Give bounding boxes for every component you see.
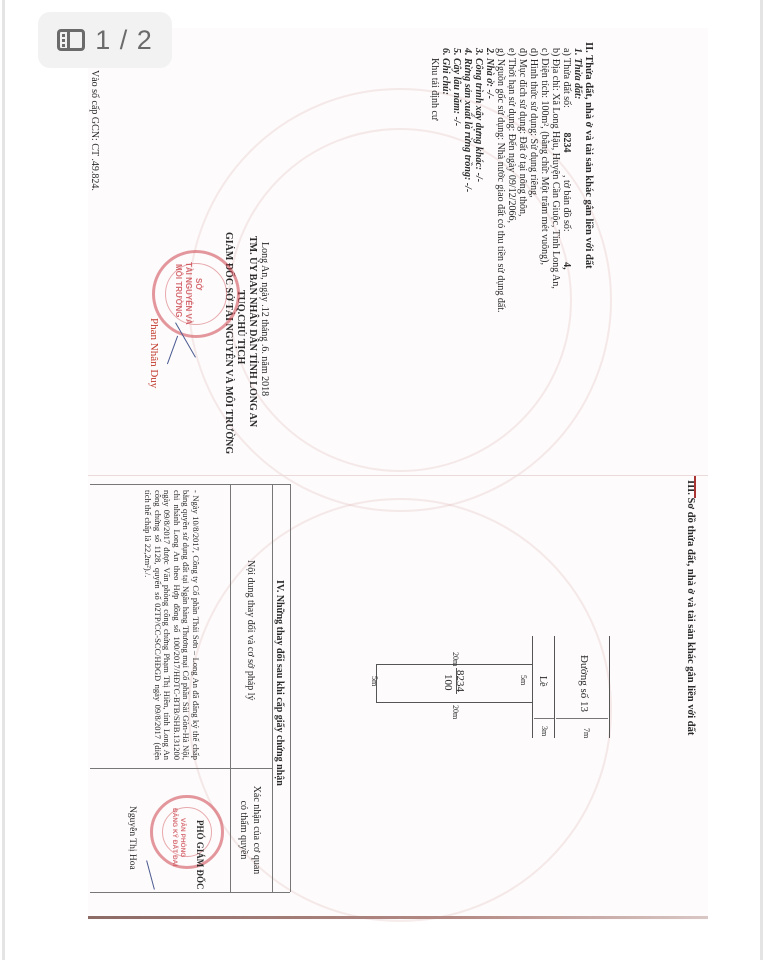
sign-org-1: TM. ỦY BAN NHÂN DÂN TỈNH LONG AN [246,236,259,427]
road-dimension-line [556,718,608,719]
item1d: d) Hình thức sử dụng: Sử dụng riêng, [527,48,540,198]
item2: 2. Nhà ở: -/- [483,48,496,99]
sidewalk-width: 3m [540,726,549,736]
page-counter: 1 / 2 [95,25,153,56]
margin-mark [694,476,696,498]
item1b: b) Địa chỉ: Xã Long Hậu, Huyện Cần Giuộc… [549,48,562,289]
section-iii-title: III. Sơ đồ thửa đất, nhà ở và tài sản kh… [685,480,696,735]
side-length-top: 20m [451,652,460,666]
table-header-divider [230,484,231,892]
approver-title: PHÓ GIÁM ĐỐC [194,820,207,890]
item1g: g) Nguồn gốc sử dụng: Nhà nước giao đất … [494,48,507,313]
map-parcel-area: 100 [442,674,454,691]
certificate-sheet [88,28,708,920]
item4: 4. Rừng sản xuất là rừng trồng: -/- [461,48,474,192]
item1a-map-label: , tờ bản đồ số: [561,175,572,232]
note-text: Khu tái định cư [428,58,441,120]
parcel-number: 8234 [561,132,572,152]
item1a: a) Thửa đất số: 8234 , tờ bản đồ số: 4, [560,48,573,270]
item1e: e) Thời hạn sử dụng: Đến ngày 09/12/2066… [505,48,518,223]
signer-name: Phan Nhân Duy [148,318,161,388]
section-iv-title: IV. Những thay đổi sau khi cấp giấy chứn… [273,580,286,786]
road-label: Đường số 13 [578,655,590,712]
front-width: 5m [519,675,528,685]
parcel-side-bottom [376,702,532,703]
table-column-divider [90,768,272,769]
table-border-top [290,484,291,892]
road-edge-outer [609,636,610,738]
item1a-label: a) Thửa đất số: [561,48,572,108]
stamp-text-3: MÔI TRƯỜNG [174,264,183,317]
official-stamp-left [152,250,240,338]
change-entry: - Ngày 10/8/2017, Công ty Cổ phần Thái S… [142,490,200,760]
section-ii-title: II. Thửa đất, nhà ở và tài sản khác gắn … [583,42,594,269]
map-sheet-number: 4, [561,262,572,270]
parcel-fraction-bar [456,668,457,694]
viewer-edge-left [2,0,5,960]
official-stamp-right [150,795,224,869]
sidewalk-dimension-line [534,718,554,719]
road-edge-inner [554,636,555,738]
stamp-right-text-2: ĐĂNG KÝ ĐẤT ĐAI [171,808,178,866]
table-border-left [90,484,290,485]
approver-name: Nguyễn Thị Hoa [126,806,139,870]
page-fold [88,475,708,476]
col2-header: Xác nhận của cơ quan có thẩm quyền [237,780,262,880]
item5: 5. Cây lâu năm: -/- [450,48,463,126]
viewer-edge-right [760,0,763,960]
item1c: c) Diện tích: 100m², (bằng chữ: Một trăm… [538,48,551,265]
registry-line: Vào sổ cấp GCN: CT .49.824. [88,70,101,191]
stamp-text-2: TÀI NGUYÊN VÀ [184,262,193,325]
stamp-right-text-1: VĂN PHÒNG [179,818,186,857]
col1-header: Nội dung thay đổi và cơ sở pháp lý [244,560,257,701]
road-width: 7m [582,728,591,738]
item6: 6. Ghi chú: [439,48,452,95]
item1dd: đ) Mục đích sử dụng: Đất ở tại nông thôn… [516,48,529,216]
sidewalk-label: Lề [537,676,548,687]
sidebar-pages-icon [57,29,85,51]
item1-title: 1. Thửa đất: [571,48,584,99]
sidewalk-edge [532,636,533,738]
side-length-bottom: 20m [451,705,460,719]
page-indicator[interactable]: 1 / 2 [38,12,172,68]
back-width: 5m [370,676,379,686]
stamp-text-1: SỞ [194,278,203,290]
sheet-edge [88,916,708,919]
sign-date: Long An, ngày .12 tháng .6. năm 2018 [258,242,271,396]
table-border-right [90,892,290,893]
item3: 3. Công trình xây dựng khác: -/- [472,48,485,182]
